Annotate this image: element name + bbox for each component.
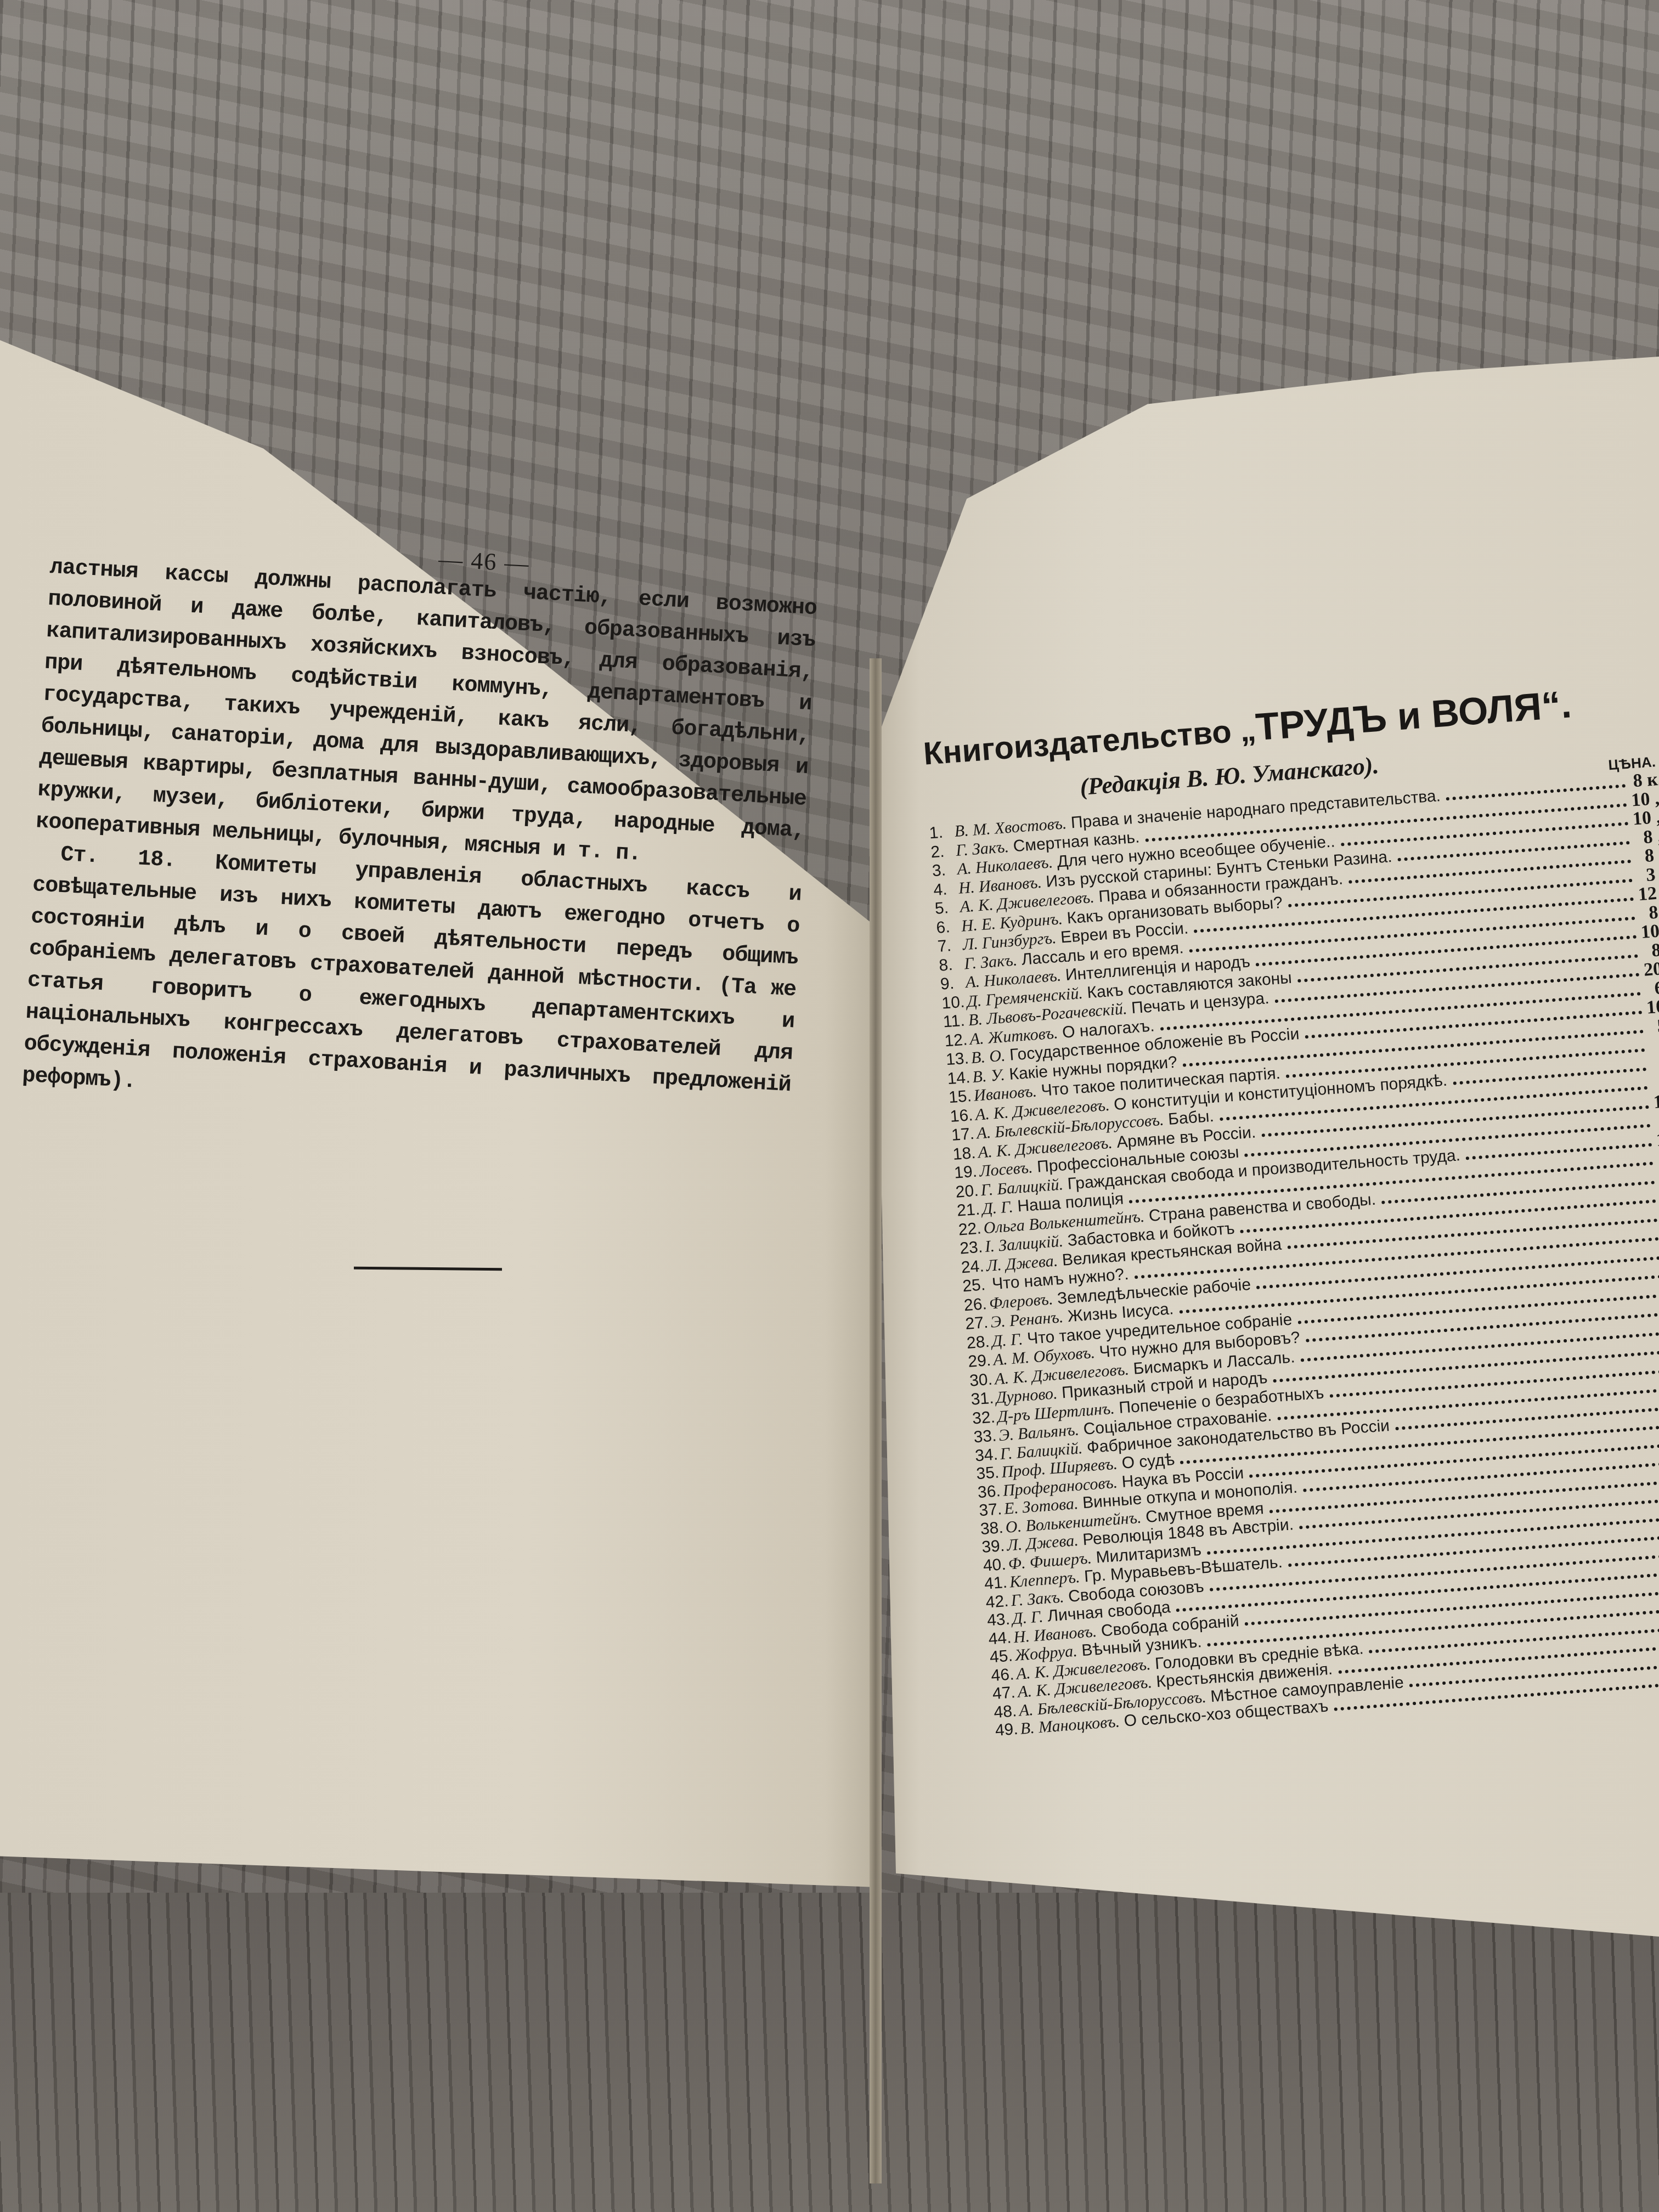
entry-number: 42.: [985, 1592, 1012, 1612]
entry-price: 10 „: [1632, 808, 1659, 828]
entry-price: 10 „: [1652, 1091, 1659, 1111]
entry-number: 43.: [986, 1610, 1013, 1630]
entry-author: Д. Г.: [981, 1198, 1014, 1218]
entry-price: 10 „: [1640, 921, 1659, 942]
entry-number: 49.: [995, 1720, 1021, 1740]
entry-author: Д. Г.: [1012, 1607, 1044, 1628]
entry-number: 46.: [990, 1665, 1017, 1685]
entry-number: 7.: [937, 936, 963, 956]
entry-price: 5 „: [1647, 1015, 1659, 1036]
entry-number: 20.: [955, 1181, 981, 1201]
entry-author: Д. Г.: [991, 1330, 1024, 1351]
body-paragraph-2: Ст. 18. Комитеты управленія областныхъ к…: [21, 838, 802, 1133]
entry-number: 33.: [973, 1426, 1000, 1447]
entry-price: 10 „: [1645, 996, 1659, 1017]
entry-number: 18.: [952, 1143, 979, 1164]
entry-number: 11.: [943, 1011, 969, 1031]
entry-author: Г. Закъ.: [955, 837, 1009, 859]
entry-number: 28.: [966, 1332, 992, 1352]
entry-price: 6 „: [1650, 1053, 1659, 1074]
entry-number: 22.: [958, 1219, 984, 1239]
entry-author: В. О.: [970, 1046, 1006, 1067]
entry-number: 32.: [972, 1408, 998, 1428]
entry-price: 8 „: [1641, 940, 1659, 961]
entry-price: 6 „: [1644, 978, 1659, 998]
entry-price: 6 „: [1657, 1148, 1659, 1169]
entry-number: 24.: [961, 1257, 987, 1277]
entry-price: 12 „: [1637, 883, 1659, 904]
entry-number: 23.: [959, 1238, 985, 1258]
entry-number: 10.: [941, 992, 967, 1013]
entry-price: 3 „: [1651, 1072, 1659, 1093]
entry-number: 47.: [992, 1683, 1018, 1703]
entry-number: 8.: [938, 955, 964, 975]
entry-number: 35.: [975, 1463, 1002, 1483]
entry-number: 45.: [989, 1646, 1015, 1667]
entry-number: 15.: [948, 1087, 974, 1107]
entry-price: 10 „: [1655, 1128, 1659, 1149]
entry-number: 21.: [956, 1200, 983, 1220]
entry-number: 39.: [981, 1537, 1007, 1557]
entry-number: 38.: [980, 1518, 1006, 1538]
entry-number: 5.: [934, 898, 961, 918]
right-page-text: Книгоиздательство „ТРУДЪ и ВОЛЯ“. (Редак…: [922, 676, 1659, 1740]
entry-price: 8 „: [1634, 845, 1659, 866]
entry-author: В. У.: [972, 1065, 1005, 1086]
entry-number: 30.: [969, 1370, 995, 1390]
entry-number: 4.: [933, 879, 959, 899]
entry-number: 6.: [935, 917, 962, 937]
entry-price: 8 „: [1639, 902, 1659, 923]
book-gutter: [870, 658, 882, 2183]
publisher-title-suffix: “.: [1540, 682, 1573, 727]
entry-price: 8 к.: [1629, 770, 1659, 791]
entry-number: 19.: [953, 1162, 980, 1182]
entry-number: 12.: [944, 1030, 970, 1051]
entry-number: 9.: [940, 973, 966, 994]
book-catalog-list: 1.В. М. Хвостовъ.Права и значеніе народн…: [929, 770, 1659, 1740]
entry-price: 3 „: [1636, 864, 1659, 885]
entry-number: 17.: [951, 1125, 977, 1145]
body-paragraph-1: ластныя кассы должны располагать частію,…: [35, 552, 817, 879]
entry-price: 8 „: [1633, 827, 1659, 848]
entry-number: 13.: [945, 1049, 972, 1069]
entry-number: 14.: [947, 1068, 973, 1088]
entry-number: 2.: [930, 842, 956, 862]
entry-number: 34.: [974, 1445, 1001, 1465]
entry-number: 37.: [978, 1500, 1005, 1520]
entry-price: 3 „: [1649, 1034, 1659, 1055]
entry-number: 48.: [993, 1701, 1019, 1722]
entry-number: 31.: [970, 1389, 996, 1409]
entry-price: 10 „: [1630, 789, 1659, 810]
entry-title: Бабы.: [1167, 1107, 1215, 1129]
entry-number: 44.: [988, 1628, 1014, 1649]
entry-number: 27.: [964, 1313, 991, 1334]
entry-price: 20 „: [1643, 958, 1659, 979]
entry-author: Г. Закъ.: [963, 951, 1018, 973]
entry-price: 6 „: [1654, 1110, 1659, 1131]
crinkled-paper-background-bottom: [0, 1893, 1659, 2212]
entry-number: 40.: [983, 1555, 1009, 1575]
entry-number: 3.: [932, 860, 958, 881]
entry-number: 1.: [929, 822, 955, 843]
entry-number: 26.: [963, 1294, 990, 1314]
entry-number: 16.: [950, 1105, 976, 1126]
entry-number: 25.: [962, 1276, 988, 1296]
entry-number: 36.: [977, 1481, 1003, 1502]
entry-number: 29.: [967, 1351, 994, 1372]
left-page-text: — 46 — ластныя кассы должны располагать …: [21, 524, 819, 1133]
entry-number: 41.: [984, 1573, 1010, 1593]
